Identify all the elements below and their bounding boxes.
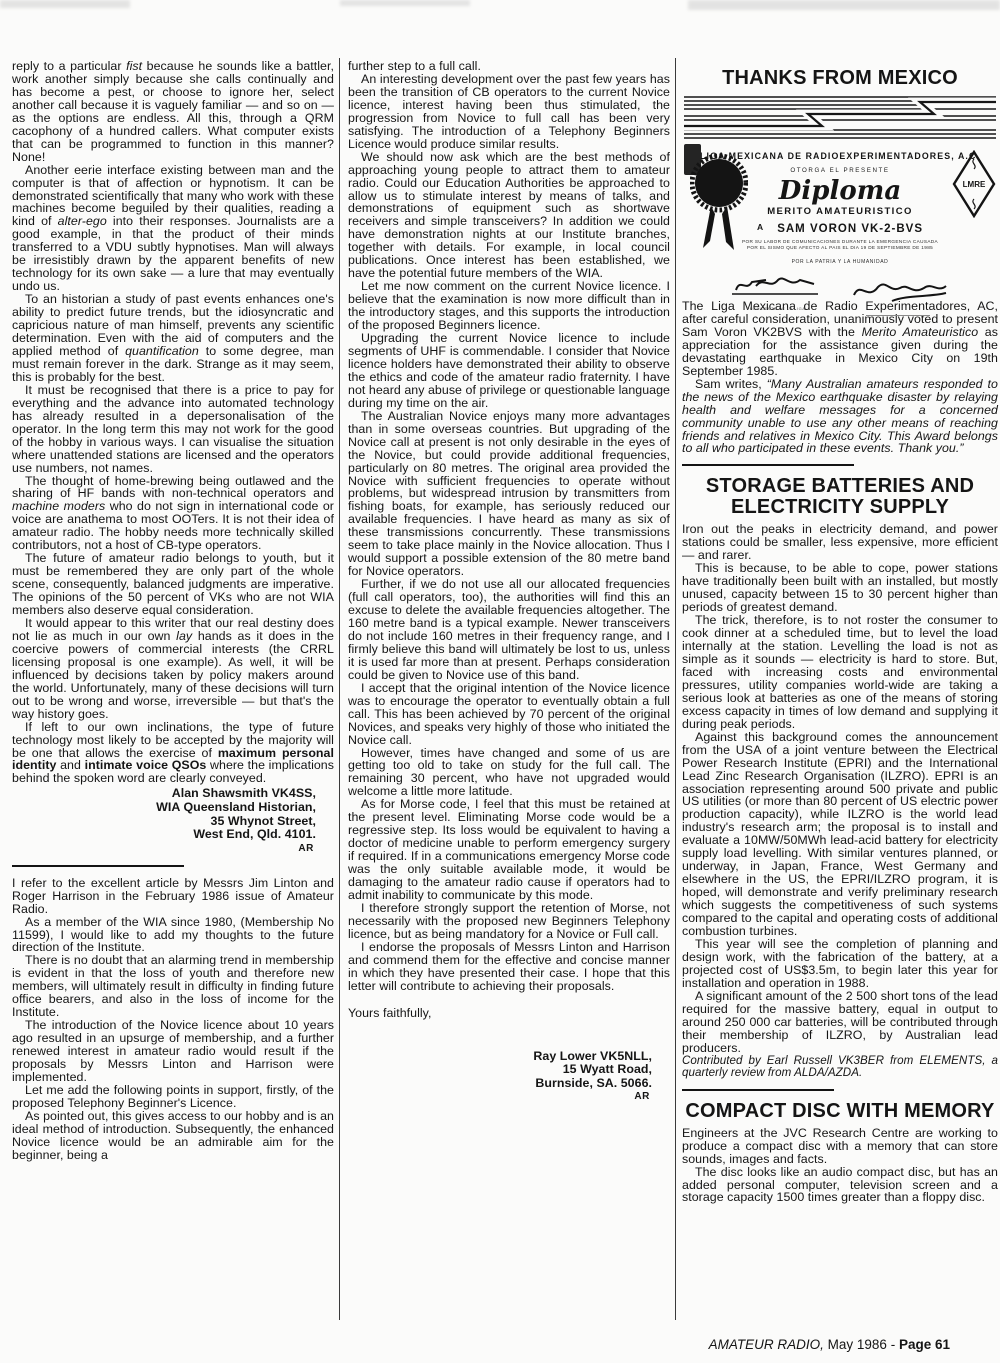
paragraph: As for Morse code, I feel that this must…: [348, 798, 670, 902]
column-divider: [675, 58, 676, 1320]
scan-artifact: [688, 0, 1000, 10]
paragraph: Let me add the following points in suppo…: [12, 1084, 334, 1110]
signature-squiggle-icon: [730, 271, 822, 299]
paragraph: I endorse the proposals of Messrs Linton…: [348, 941, 670, 993]
paragraph: To an historian a study of past events e…: [12, 293, 334, 384]
paragraph: Let me now comment on the current Novice…: [348, 280, 670, 332]
letter2-signature-block: Ray Lower VK5NLL,15 Wyatt Road,Burnside,…: [348, 1050, 670, 1091]
section-heading-storage-batteries: STORAGE BATTERIES AND: [682, 476, 998, 497]
paragraph: It would appear to this writer that our …: [12, 617, 334, 721]
section-heading-compact-disc: COMPACT DISC WITH MEMORY: [682, 1101, 998, 1122]
right-column: THANKS FROM MEXICO LIGA MEXICANA DE RADI…: [682, 60, 998, 1204]
scan-artifact: [0, 0, 130, 8]
paragraph: Against this background comes the announ…: [682, 731, 998, 938]
paragraph: A significant amount of the 2 500 short …: [682, 990, 998, 1055]
certificate-motto: POR LA PATRIA Y LA HUMANIDAD: [682, 256, 998, 269]
footer-page-number: Page 61: [899, 1337, 950, 1352]
signature-squiggle-icon: [846, 279, 950, 309]
letter1-body: reply to a particular fist because he so…: [12, 60, 334, 785]
paragraph: Engineers at the JVC Research Centre are…: [682, 1127, 998, 1166]
batteries-article-body: Iron out the peaks in electricity demand…: [682, 523, 998, 1054]
paragraph: I therefore strongly support the retenti…: [348, 902, 670, 941]
section-heading-thanks-from-mexico: THANKS FROM MEXICO: [682, 68, 998, 89]
section-divider: [682, 464, 854, 466]
signature-line: Alan Shawsmith VK4SS,: [12, 787, 316, 801]
paragraph: As a member of the WIA since 1980, (Memb…: [12, 916, 334, 955]
diamond-label: LMRE: [963, 180, 986, 189]
signature-right: [846, 279, 950, 316]
paragraph: This is because, to be able to cope, pow…: [682, 562, 998, 614]
signature-line: West End, Qld. 4101.: [12, 828, 316, 842]
certificate-signatures: PRESIDENTE DE LA LIGA: [682, 271, 998, 316]
paragraph: The disc looks like an audio compact dis…: [682, 1166, 998, 1205]
paragraph: The thought of home-brewing being outlaw…: [12, 475, 334, 553]
mexico-article-body: The Liga Mexicana de Radio Experimentado…: [682, 300, 998, 455]
paragraph: The trick, therefore, is to not roster t…: [682, 614, 998, 731]
diploma-certificate: LIGA MEXICANA DE RADIOEXPERIMENTADORES, …: [682, 94, 998, 294]
paragraph: Iron out the peaks in electricity demand…: [682, 523, 998, 562]
end-of-article-mark: AR: [348, 1091, 670, 1104]
paragraph: It must be recognised that there is a pr…: [12, 384, 334, 475]
paragraph: As pointed out, this gives access to our…: [12, 1110, 334, 1162]
left-column: reply to a particular fist because he so…: [12, 60, 334, 1162]
zigzag-ornament: [682, 94, 998, 144]
signature-line: Ray Lower VK5NLL,: [348, 1050, 652, 1064]
certificate-recipient-name: SAM VORON VK-2-BVS: [777, 223, 923, 235]
middle-column: further step to a full call.An interesti…: [348, 60, 670, 1104]
certificate-to-prefix: A: [757, 222, 763, 232]
paragraph: I refer to the excellent article by Mess…: [12, 877, 334, 916]
paragraph: However, times have changed and some of …: [348, 747, 670, 799]
paragraph: The future of amateur radio belongs to y…: [12, 552, 334, 617]
section-heading-electricity-supply: ELECTRICITY SUPPLY: [682, 497, 998, 518]
paragraph: reply to a particular fist because he so…: [12, 60, 334, 164]
lmre-diamond-logo: LMRE: [952, 150, 996, 221]
paragraph: If left to our own inclinations, the typ…: [12, 721, 334, 786]
signature-line: WIA Queensland Historian,: [12, 801, 316, 815]
end-of-article-mark: AR: [12, 843, 334, 856]
section-divider: [682, 1089, 834, 1091]
paragraph: Sam writes, “Many Australian amateurs re…: [682, 378, 998, 456]
page-footer: AMATEUR RADIO, May 1986 - Page 61: [709, 1337, 950, 1352]
paragraph: Further, if we do not use all our alloca…: [348, 578, 670, 682]
paragraph: Another eerie interface existing between…: [12, 164, 334, 294]
paragraph: There is no doubt that an alarming trend…: [12, 954, 334, 1019]
award-seal-icon: [690, 152, 748, 257]
paragraph: I accept that the original intention of …: [348, 682, 670, 747]
section-divider: [12, 865, 184, 867]
signature-line: 35 Whynot Street,: [12, 815, 316, 829]
signature-left: PRESIDENTE DE LA LIGA: [730, 271, 822, 316]
letter2-body: I refer to the excellent article by Mess…: [12, 877, 334, 1162]
scan-artifact: [340, 0, 470, 6]
letter1-signature-block: Alan Shawsmith VK4SS,WIA Queensland Hist…: [12, 787, 334, 841]
paragraph: The introduction of the Novice licence a…: [12, 1019, 334, 1084]
letter-closing: Yours faithfully,: [348, 1007, 670, 1020]
paragraph: We should now ask which are the best met…: [348, 151, 670, 281]
paragraph: further step to a full call.: [348, 60, 670, 73]
article-credit: Contributed by Earl Russell VK3BER from …: [682, 1055, 998, 1080]
magazine-page: { "colors": { "ink": "#151515", "paper":…: [0, 0, 1000, 1363]
footer-magazine-title: AMATEUR RADIO,: [709, 1337, 824, 1352]
paragraph: This year will see the completion of pla…: [682, 938, 998, 990]
signature-line: Burnside, SA. 5066.: [348, 1077, 652, 1091]
signature-line: 15 Wyatt Road,: [348, 1063, 652, 1077]
paragraph: An interesting development over the past…: [348, 73, 670, 151]
compact-disc-article-body: Engineers at the JVC Research Centre are…: [682, 1127, 998, 1205]
footer-issue: May 1986 -: [824, 1337, 899, 1352]
paragraph: Upgrading the current Novice licence to …: [348, 332, 670, 410]
signature-caption-line: [866, 315, 930, 316]
signature-caption: PRESIDENTE DE LA LIGA: [730, 303, 822, 316]
letter2-continued-body: further step to a full call.An interesti…: [348, 60, 670, 993]
paragraph: The Australian Novice enjoys many more a…: [348, 410, 670, 578]
column-divider: [339, 58, 340, 1320]
